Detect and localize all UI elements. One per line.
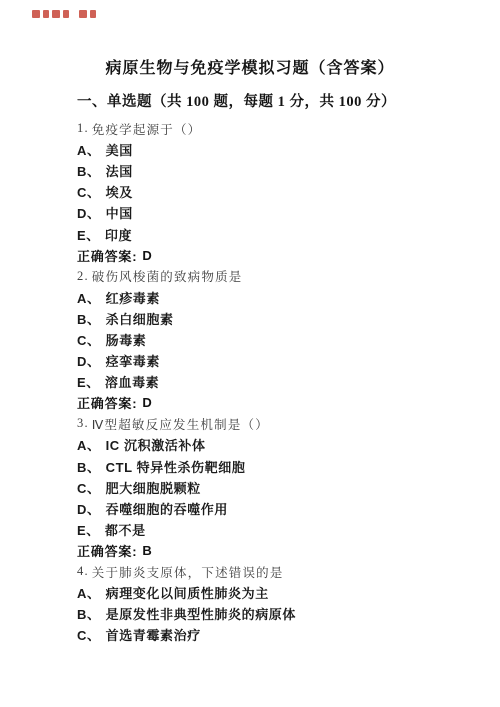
question-body: Ⅳ型超敏反应发生机制是（） bbox=[92, 415, 269, 433]
option-line: A、 病理变化以间质性肺炎为主 bbox=[77, 582, 470, 603]
option-line: B、 CTL 特异性杀伤靶细胞 bbox=[77, 456, 470, 477]
option-line: A、 红疹毒素 bbox=[77, 287, 470, 308]
option-line: E、 都不是 bbox=[77, 519, 470, 540]
option-text: 中国 bbox=[106, 203, 133, 222]
option-line: A、 美国 bbox=[77, 139, 470, 160]
question-block: 3. Ⅳ型超敏反应发生机制是（） A、 IC 沉积激活补体 B、 CTL 特异性… bbox=[77, 413, 470, 561]
option-text: 杀白细胞素 bbox=[106, 309, 174, 328]
option-line: A、 IC 沉积激活补体 bbox=[77, 434, 470, 455]
option-letter: B、 bbox=[77, 604, 101, 623]
option-letter: C、 bbox=[77, 625, 101, 644]
option-line: D、 中国 bbox=[77, 202, 470, 223]
option-line: C、 埃及 bbox=[77, 181, 470, 202]
option-letter: A、 bbox=[77, 583, 101, 602]
option-text: 溶血毒素 bbox=[105, 372, 159, 391]
option-text: 法国 bbox=[106, 161, 133, 180]
option-text: IC 沉积激活补体 bbox=[106, 435, 206, 454]
option-text: 痉挛毒素 bbox=[106, 351, 160, 370]
option-text: 是原发性非典型性肺炎的病原体 bbox=[106, 604, 296, 623]
option-text: 印度 bbox=[105, 225, 132, 244]
answer-value: D bbox=[142, 248, 152, 263]
answer-value: D bbox=[142, 395, 152, 410]
document-title: 病原生物与免疫学模拟习题（含答案） bbox=[0, 55, 500, 78]
option-text: 吞噬细胞的吞噬作用 bbox=[106, 499, 228, 518]
option-text: 肠毒素 bbox=[106, 330, 147, 349]
option-letter: C、 bbox=[77, 330, 101, 349]
option-letter: D、 bbox=[77, 499, 101, 518]
option-letter: A、 bbox=[77, 140, 101, 159]
option-text: 肥大细胞脱颗粒 bbox=[106, 478, 201, 497]
option-letter: E、 bbox=[77, 520, 100, 539]
answer-label: 正确答案: bbox=[77, 393, 137, 412]
option-line: B、 是原发性非典型性肺炎的病原体 bbox=[77, 603, 470, 624]
document-page: 病原生物与免疫学模拟习题（含答案） 一、单选题（共 100 题，每题 1 分，共… bbox=[0, 0, 500, 707]
option-line: C、 肥大细胞脱颗粒 bbox=[77, 477, 470, 498]
option-letter: C、 bbox=[77, 478, 101, 497]
option-letter: B、 bbox=[77, 161, 101, 180]
option-text: 病理变化以间质性肺炎为主 bbox=[106, 583, 269, 602]
question-number: 3. bbox=[77, 416, 89, 431]
option-letter: C、 bbox=[77, 182, 101, 201]
option-line: E、 印度 bbox=[77, 223, 470, 244]
question-text: 4. 关于肺炎支原体，下述错误的是 bbox=[77, 561, 470, 582]
option-letter: E、 bbox=[77, 372, 100, 391]
option-letter: D、 bbox=[77, 351, 101, 370]
option-line: B、 法国 bbox=[77, 160, 470, 181]
question-body: 免疫学起源于（） bbox=[92, 120, 202, 138]
option-letter: D、 bbox=[77, 203, 101, 222]
question-text: 1. 免疫学起源于（） bbox=[77, 118, 470, 139]
question-text: 3. Ⅳ型超敏反应发生机制是（） bbox=[77, 413, 470, 434]
option-text: 红疹毒素 bbox=[106, 288, 160, 307]
option-letter: E、 bbox=[77, 225, 100, 244]
answer-line: 正确答案: D bbox=[77, 245, 470, 266]
option-line: E、 溶血毒素 bbox=[77, 371, 470, 392]
question-body: 关于肺炎支原体，下述错误的是 bbox=[92, 563, 284, 581]
answer-label: 正确答案: bbox=[77, 541, 137, 560]
question-block: 2. 破伤风梭菌的致病物质是 A、 红疹毒素 B、 杀白细胞素 C、 肠毒素 D… bbox=[77, 266, 470, 414]
answer-line: 正确答案: D bbox=[77, 392, 470, 413]
question-body: 破伤风梭菌的致病物质是 bbox=[92, 267, 243, 285]
option-letter: B、 bbox=[77, 457, 101, 476]
option-letter: A、 bbox=[77, 435, 101, 454]
question-block: 4. 关于肺炎支原体，下述错误的是 A、 病理变化以间质性肺炎为主 B、 是原发… bbox=[77, 561, 470, 645]
option-text: 埃及 bbox=[106, 182, 133, 201]
question-number: 2. bbox=[77, 269, 89, 284]
option-text: CTL 特异性杀伤靶细胞 bbox=[106, 457, 246, 476]
option-text: 首选青霉素治疗 bbox=[106, 625, 201, 644]
option-letter: B、 bbox=[77, 309, 101, 328]
red-corner-marks bbox=[32, 9, 99, 18]
questions-list: 1. 免疫学起源于（） A、 美国 B、 法国 C、 埃及 D、 中国 E、 印… bbox=[77, 118, 470, 645]
option-text: 美国 bbox=[106, 140, 133, 159]
question-number: 1. bbox=[77, 121, 89, 136]
answer-line: 正确答案: B bbox=[77, 540, 470, 561]
option-line: C、 肠毒素 bbox=[77, 329, 470, 350]
section-header: 一、单选题（共 100 题，每题 1 分，共 100 分） bbox=[77, 90, 396, 111]
option-line: C、 首选青霉素治疗 bbox=[77, 624, 470, 645]
question-block: 1. 免疫学起源于（） A、 美国 B、 法国 C、 埃及 D、 中国 E、 印… bbox=[77, 118, 470, 266]
option-letter: A、 bbox=[77, 288, 101, 307]
option-text: 都不是 bbox=[105, 520, 146, 539]
option-line: D、 痉挛毒素 bbox=[77, 350, 470, 371]
question-number: 4. bbox=[77, 564, 89, 579]
answer-value: B bbox=[142, 543, 152, 558]
question-text: 2. 破伤风梭菌的致病物质是 bbox=[77, 266, 470, 287]
answer-label: 正确答案: bbox=[77, 246, 137, 265]
option-line: B、 杀白细胞素 bbox=[77, 308, 470, 329]
option-line: D、 吞噬细胞的吞噬作用 bbox=[77, 498, 470, 519]
